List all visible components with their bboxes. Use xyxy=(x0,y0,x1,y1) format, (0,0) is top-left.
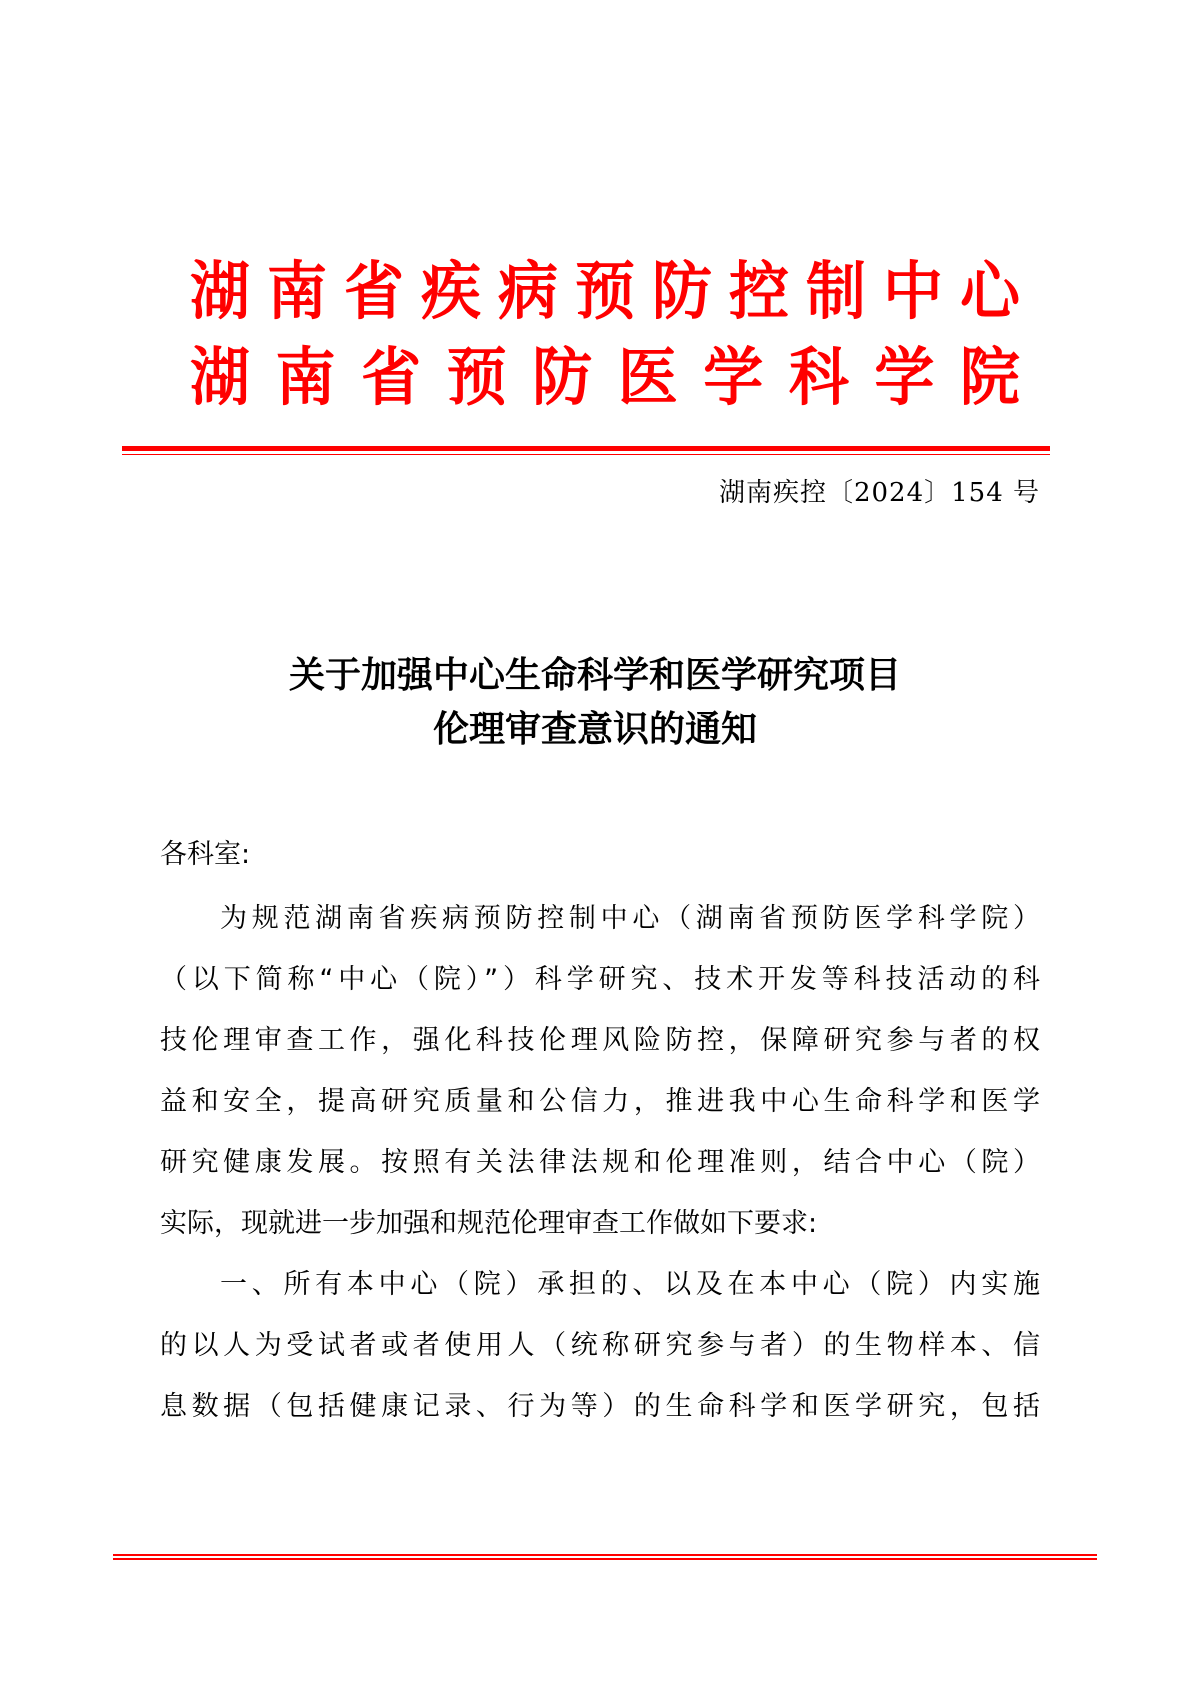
body-line: 实际，现就进一步加强和规范伦理审查工作做如下要求: xyxy=(160,1206,1040,1242)
body-line: 的以人为受试者或者使用人（统称研究参与者）的生物样本、信 xyxy=(160,1328,1040,1364)
masthead-char: 中 xyxy=(883,261,943,324)
masthead-char: 南 xyxy=(276,347,336,410)
masthead-char: 控 xyxy=(729,261,789,324)
masthead-char: 科 xyxy=(789,347,849,410)
body-line: 益和安全，提高研究质量和公信力，推进我中心生命科学和医学 xyxy=(160,1084,1040,1120)
masthead-rule-thick xyxy=(122,446,1050,451)
masthead-rule-thin xyxy=(122,454,1050,455)
body-line: 息数据（包括健康记录、行为等）的生命科学和医学研究，包括 xyxy=(160,1389,1040,1425)
masthead-char: 学 xyxy=(703,347,763,410)
document-title-line-1: 关于加强中心生命科学和医学研究项目 xyxy=(0,653,1190,697)
footer-rule-top xyxy=(113,1554,1097,1556)
document-number: 湖南疾控〔2024〕154 号 xyxy=(719,478,1040,508)
masthead-char: 医 xyxy=(618,347,678,410)
body-line: 一、所有本中心（院）承担的、以及在本中心（院）内实施 xyxy=(220,1267,1040,1303)
masthead-char: 院 xyxy=(960,347,1020,410)
masthead-char: 南 xyxy=(267,261,327,324)
masthead-char: 病 xyxy=(498,261,558,324)
masthead-org-name-2: 湖 南 省 预 防 医 学 科 学 院 xyxy=(190,348,1020,408)
body-line: 研究健康发展。按照有关法律法规和伦理准则，结合中心（院） xyxy=(160,1145,1040,1181)
document-title-line-2: 伦理审查意识的通知 xyxy=(0,707,1190,751)
masthead-char: 心 xyxy=(960,261,1020,324)
masthead-char: 湖 xyxy=(190,261,250,324)
masthead-char: 预 xyxy=(575,261,635,324)
masthead-char: 疾 xyxy=(421,261,481,324)
masthead-char: 防 xyxy=(532,347,592,410)
masthead-char: 省 xyxy=(344,261,404,324)
body-line: （以下简称“中心（院）”）科学研究、技术开发等科技活动的科 xyxy=(160,962,1040,998)
masthead-org-name-1: 湖 南 省 疾 病 预 防 控 制 中 心 xyxy=(190,262,1020,322)
masthead-char: 制 xyxy=(806,261,866,324)
body-line: 为规范湖南省疾病预防控制中心（湖南省预防医学科学院） xyxy=(220,901,1040,937)
masthead-char: 省 xyxy=(361,347,421,410)
masthead-char: 预 xyxy=(447,347,507,410)
masthead-char: 湖 xyxy=(190,347,250,410)
salutation: 各科室: xyxy=(160,837,1040,873)
body-line: 技伦理审查工作，强化科技伦理风险防控，保障研究参与者的权 xyxy=(160,1023,1040,1059)
masthead-char: 学 xyxy=(874,347,934,410)
masthead-char: 防 xyxy=(652,261,712,324)
footer-rule-bottom xyxy=(113,1558,1097,1560)
